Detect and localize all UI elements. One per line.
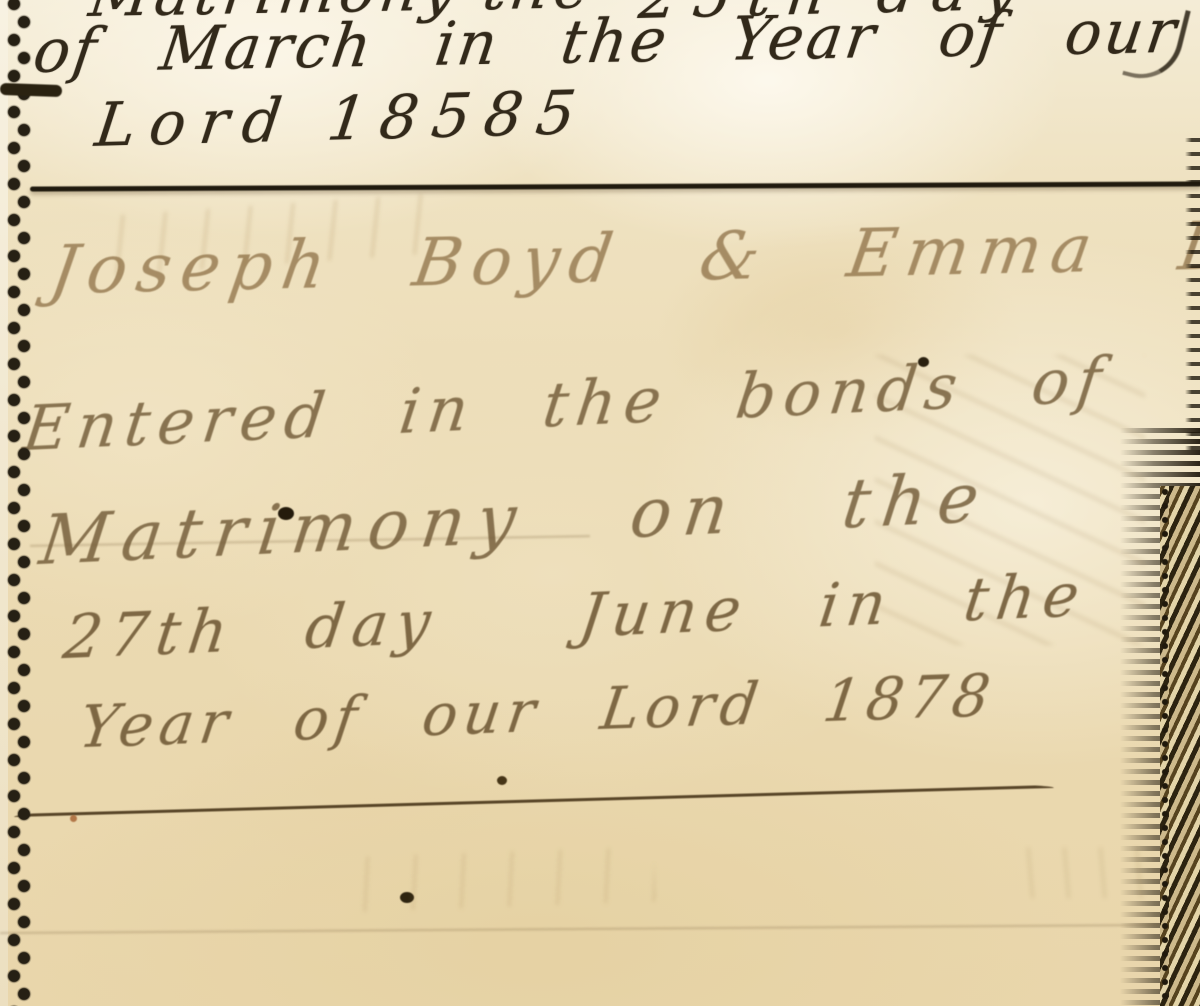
previous-entry-line2: of March in the Year of our [30, 2, 1182, 82]
bleed-through-marks [1015, 848, 1155, 898]
bleed-through-marks [875, 355, 1145, 645]
right-page-braid-pattern [1160, 486, 1200, 1006]
entry-divider-line [30, 181, 1200, 191]
paper-crease [0, 924, 1160, 934]
right-page-edge-ticks [1185, 128, 1200, 458]
binding-ink-mark [0, 83, 62, 97]
entry-underline [14, 777, 1054, 817]
binding-stitch-coil [5, 0, 37, 1006]
bleed-through-marks [344, 847, 656, 913]
marriage-register-photo: Matrimony the 25th day of March in the Y… [0, 0, 1200, 1006]
entry-line-matrimony: Matrimony on the [36, 464, 995, 576]
rust-spot [70, 815, 77, 822]
ink-spot [497, 776, 507, 785]
previous-entry-line3: Lord 18585 [92, 83, 593, 156]
ink-spot [278, 507, 294, 520]
entry-line-year: Year of our Lord 1878 [76, 666, 1000, 756]
